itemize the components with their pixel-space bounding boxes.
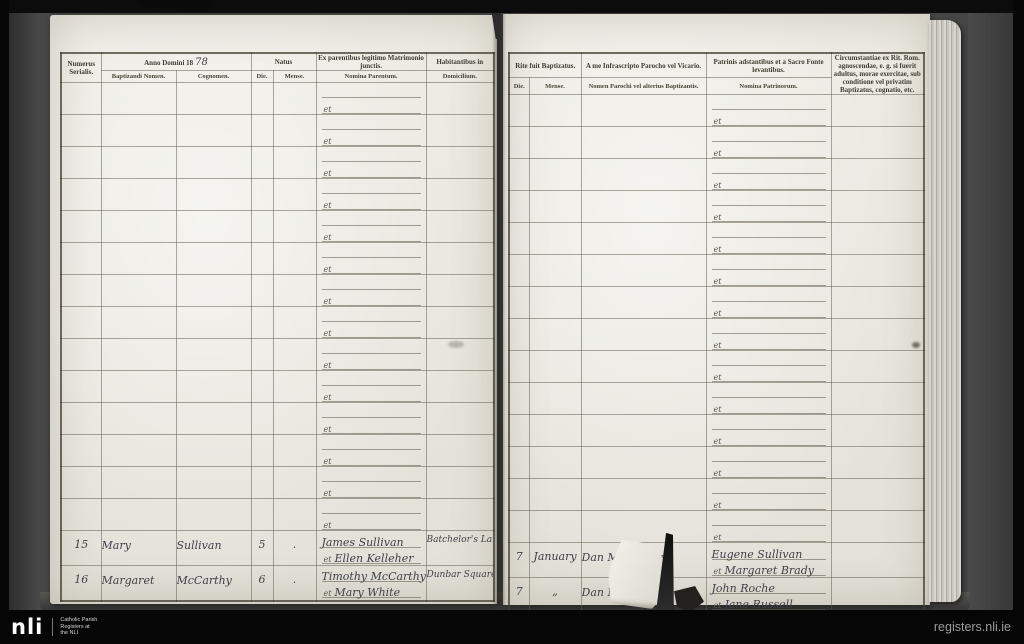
register-row: et [509,159,924,191]
cell-baptism-mense [529,223,581,255]
cell-parentes: et [316,435,426,467]
cell-parentes: et [316,339,426,371]
cell-baptism-die [509,319,529,351]
register-row: et [509,127,924,159]
col-header-nomina-parentum: Nomina Parentum. [316,71,426,83]
cell-baptism-die [509,223,529,255]
cell-nomen [101,435,176,467]
col-header-parentes: Ex parentibus legitimo Matrimonio juncti… [316,53,426,71]
cell-parentes: et [316,243,426,275]
cell-domicilium [426,179,494,211]
register-row: et [509,479,924,511]
cell-baptism-mense [529,95,581,127]
cell-nomen: Margaret [101,566,176,601]
cell-domicilium [426,115,494,147]
cell-cognomen [176,83,251,115]
register-row: et [61,275,494,307]
cell-parochus [581,191,706,223]
cell-numerus [61,147,101,179]
cell-baptism-mense [529,351,581,383]
cell-patrini: et [706,127,831,159]
cell-cognomen [176,467,251,499]
register-row: et [61,435,494,467]
logo-caption-line: Catholic Parish [60,617,97,624]
cell-cognomen [176,499,251,531]
cell-circumstantiae [831,511,924,543]
photo-border-right [1013,0,1024,644]
cell-numerus [61,371,101,403]
cell-cognomen [176,115,251,147]
cell-mense [273,499,316,531]
nli-logo: nli [11,617,43,638]
cell-circumstantiae [831,447,924,479]
cell-patrini: et [706,255,831,287]
col-header-baptism-die: Die. [509,78,529,95]
cell-nomen [101,403,176,435]
register-row: et [509,223,924,255]
cell-parentes: et [316,211,426,243]
cell-baptism-mense: „ [529,578,581,613]
photo-right-shading [968,13,1013,610]
cell-baptism-die [509,479,529,511]
cell-nomen [101,307,176,339]
cell-nomen [101,339,176,371]
cell-patrini: et [706,95,831,127]
cell-cognomen: McCarthy [176,566,251,601]
col-header-circumstantiae: Circumstantiae ex Rit. Rom. agnoscendae,… [831,53,924,95]
ink-mark [912,342,920,348]
register-row: et [509,255,924,287]
register-row: et [509,319,924,351]
cell-parochus [581,415,706,447]
cell-die [251,115,273,147]
register-row: et [61,243,494,275]
cell-circumstantiae [831,383,924,415]
cell-baptism-die [509,287,529,319]
register-row: et [61,467,494,499]
cell-die [251,211,273,243]
cell-die: 6 [251,566,273,601]
col-header-domicilium: Domicilium. [426,71,494,83]
cell-parentes: et [316,275,426,307]
cell-baptism-die [509,383,529,415]
register-row: et [61,147,494,179]
cell-domicilium: Batchelor's Lane 19 [426,531,494,566]
cell-nomen [101,499,176,531]
cell-baptism-die: 7 [509,578,529,613]
cell-parochus [581,127,706,159]
cell-baptism-mense: January [529,543,581,578]
col-header-nomen-parochi: Nomen Parochi vel alterius Baptizantis. [581,78,706,95]
cell-cognomen [176,339,251,371]
cell-numerus [61,307,101,339]
cell-numerus [61,243,101,275]
cell-die [251,435,273,467]
cell-parochus [581,255,706,287]
cell-patrini: John RocheetJane Russell [706,578,831,613]
cell-circumstantiae [831,287,924,319]
logo-separator [52,618,53,636]
cell-patrini: et [706,287,831,319]
cell-patrini: et [706,415,831,447]
register-row: et [509,351,924,383]
site-url-label: registers.nli.ie [934,620,1011,634]
logo-caption-line: the NLI [60,630,97,637]
cell-baptism-die [509,447,529,479]
cell-cognomen [176,275,251,307]
register-row: et [509,415,924,447]
cell-baptism-die [509,351,529,383]
cell-circumstantiae [831,479,924,511]
register-row: 15MarySullivan5.James SullivanetEllen Ke… [61,531,494,566]
cell-baptism-die [509,95,529,127]
cell-cognomen [176,307,251,339]
register-row: et [61,307,494,339]
register-page-right: Rite fuit Baptizatus. A me Infrascripto … [503,14,930,605]
cell-patrini: et [706,223,831,255]
cell-parentes: Timothy McCarthyetMary White [316,566,426,601]
cell-baptism-mense [529,447,581,479]
col-header-habitantes: Habitantibus in [426,53,494,71]
scanned-register-photo: Numerus Serialis. Anno Domini 1878 Natus… [0,0,1024,644]
logo-caption: Catholic Parish Registers at the NLI [60,617,97,638]
cell-numerus [61,339,101,371]
cell-nomen [101,83,176,115]
col-header-numerus: Numerus Serialis. [61,53,101,83]
cell-parochus [581,383,706,415]
cell-domicilium [426,371,494,403]
cell-baptism-mense [529,415,581,447]
register-row: et [509,383,924,415]
cell-mense [273,403,316,435]
cell-nomen [101,275,176,307]
cell-parochus [581,223,706,255]
cell-die [251,307,273,339]
cell-patrini: Eugene SullivanetMargaret Brady [706,543,831,578]
cell-baptism-mense [529,127,581,159]
cell-circumstantiae [831,578,924,613]
register-row: et [61,403,494,435]
anno-domini-printed: Anno Domini 18 [144,59,193,67]
cell-parentes: et [316,147,426,179]
cell-baptism-mense [529,287,581,319]
cell-mense [273,467,316,499]
cell-patrini: et [706,159,831,191]
cell-die [251,371,273,403]
cell-parentes: James SullivanetEllen Kelleher [316,531,426,566]
cell-domicilium [426,467,494,499]
cell-numerus [61,467,101,499]
cell-cognomen [176,147,251,179]
cell-nomen [101,115,176,147]
cell-baptism-mense [529,511,581,543]
cell-baptism-die [509,159,529,191]
cell-mense [273,83,316,115]
col-header-baptism-mense: Mense. [529,78,581,95]
cell-parochus [581,511,706,543]
cell-cognomen [176,435,251,467]
col-header-rite-baptizatus: Rite fuit Baptizatus. [509,53,581,78]
cell-parochus [581,95,706,127]
cell-baptism-die [509,415,529,447]
cell-domicilium [426,275,494,307]
col-header-parocho: A me Infrascripto Parocho vel Vicario. [581,53,706,78]
col-header-natus: Natus [251,53,316,71]
cell-die [251,83,273,115]
cell-numerus [61,115,101,147]
cell-cognomen [176,211,251,243]
baptism-table-left: Numerus Serialis. Anno Domini 1878 Natus… [60,52,495,602]
cell-parochus [581,159,706,191]
cell-patrini: et [706,479,831,511]
cell-nomen [101,467,176,499]
cell-cognomen [176,371,251,403]
cell-patrini: et [706,447,831,479]
pencil-smudge [448,341,464,348]
cell-circumstantiae [831,415,924,447]
cell-nomen: Mary [101,531,176,566]
cell-cognomen [176,243,251,275]
cell-mense: . [273,531,316,566]
register-row: et [61,499,494,531]
baptism-table-right: Rite fuit Baptizatus. A me Infrascripto … [508,52,925,614]
register-row: et [61,371,494,403]
cell-patrini: et [706,191,831,223]
cell-baptism-mense [529,159,581,191]
cell-nomen [101,243,176,275]
cell-domicilium [426,435,494,467]
cell-numerus [61,211,101,243]
cell-mense [273,307,316,339]
watermark-bar: nli Catholic Parish Registers at the NLI… [0,610,1024,644]
cell-nomen [101,371,176,403]
cell-parentes: et [316,307,426,339]
cell-mense [273,243,316,275]
cell-nomen [101,147,176,179]
cell-circumstantiae [831,95,924,127]
cell-patrini: et [706,319,831,351]
book-binding-gutter [492,14,506,606]
register-row: et [61,211,494,243]
cell-baptism-mense [529,191,581,223]
cell-die [251,499,273,531]
cell-mense: . [273,566,316,601]
cell-domicilium [426,243,494,275]
register-row: 16MargaretMcCarthy6.Timothy McCarthyetMa… [61,566,494,601]
cell-parentes: et [316,499,426,531]
cell-parentes: et [316,83,426,115]
cell-domicilium [426,147,494,179]
register-row: et [61,115,494,147]
anno-domini-year-handwritten: 78 [195,57,208,68]
cell-domicilium [426,211,494,243]
register-row: et [509,511,924,543]
photo-left-shading [9,13,51,610]
col-header-cognomen: Cognomen. [176,71,251,83]
cell-domicilium [426,499,494,531]
cell-numerus [61,83,101,115]
cell-domicilium [426,307,494,339]
cell-numerus [61,435,101,467]
cell-mense [273,211,316,243]
col-header-die: Die. [251,71,273,83]
cell-mense [273,339,316,371]
cell-numerus [61,499,101,531]
cell-parochus [581,287,706,319]
register-row: et [509,95,924,127]
cell-die [251,243,273,275]
register-row: et [61,339,494,371]
cell-die [251,147,273,179]
cell-baptism-die [509,511,529,543]
register-page-left: Numerus Serialis. Anno Domini 1878 Natus… [50,15,497,604]
cell-circumstantiae [831,159,924,191]
register-row: 7JanuaryDan McCarthyEugene SullivanetMar… [509,543,924,578]
register-row: et [61,179,494,211]
cell-parochus [581,319,706,351]
cell-nomen [101,179,176,211]
register-row: et [61,83,494,115]
cell-baptism-die [509,127,529,159]
cell-parochus [581,479,706,511]
cell-domicilium [426,83,494,115]
col-header-mense: Mense. [273,71,316,83]
cell-parochus [581,447,706,479]
cell-circumstantiae [831,543,924,578]
cell-parentes: et [316,371,426,403]
cell-numerus [61,403,101,435]
cell-numerus [61,275,101,307]
cell-domicilium: Dunbar Square [426,566,494,601]
cell-mense [273,147,316,179]
cell-parentes: et [316,115,426,147]
cell-die [251,179,273,211]
register-row: et [509,287,924,319]
cell-parentes: et [316,179,426,211]
cell-die [251,275,273,307]
col-header-nomen: Baptizandi Nomen. [101,71,176,83]
book-page-edges [929,20,961,602]
cell-patrini: et [706,511,831,543]
cell-cognomen [176,403,251,435]
cell-circumstantiae [831,127,924,159]
cell-parochus [581,351,706,383]
cell-patrini: et [706,351,831,383]
cell-mense [273,275,316,307]
register-row: et [509,447,924,479]
cell-mense [273,435,316,467]
col-header-patrini: Patrinis adstantibus et a Sacro Fonte le… [706,53,831,78]
register-row: et [509,191,924,223]
cell-cognomen: Sullivan [176,531,251,566]
logo-caption-line: Registers at [60,624,97,631]
cell-patrini: et [706,383,831,415]
col-header-anno-domini: Anno Domini 1878 [101,53,251,71]
cell-parentes: et [316,403,426,435]
cell-circumstantiae [831,255,924,287]
cell-die [251,467,273,499]
cell-nomen [101,211,176,243]
register-row: 7„Dan McCJohn RocheetJane Russell [509,578,924,613]
cell-mense [273,179,316,211]
cell-die: 5 [251,531,273,566]
cell-numerus [61,179,101,211]
film-scuff-blob [180,2,208,13]
cell-baptism-die [509,255,529,287]
cell-cognomen [176,179,251,211]
cell-numerus: 15 [61,531,101,566]
cell-parentes: et [316,467,426,499]
cell-baptism-mense [529,479,581,511]
cell-mense [273,115,316,147]
cell-domicilium [426,403,494,435]
cell-baptism-die: 7 [509,543,529,578]
cell-baptism-die [509,191,529,223]
photo-border-left [0,0,9,644]
cell-circumstantiae [831,223,924,255]
cell-circumstantiae [831,319,924,351]
cell-circumstantiae [831,191,924,223]
cell-circumstantiae [831,351,924,383]
cell-die [251,403,273,435]
cell-baptism-mense [529,319,581,351]
cell-baptism-mense [529,255,581,287]
col-header-nomina-patrinorum: Nomina Patrinorum. [706,78,831,95]
cell-baptism-mense [529,383,581,415]
cell-numerus: 16 [61,566,101,601]
cell-die [251,339,273,371]
cell-mense [273,371,316,403]
